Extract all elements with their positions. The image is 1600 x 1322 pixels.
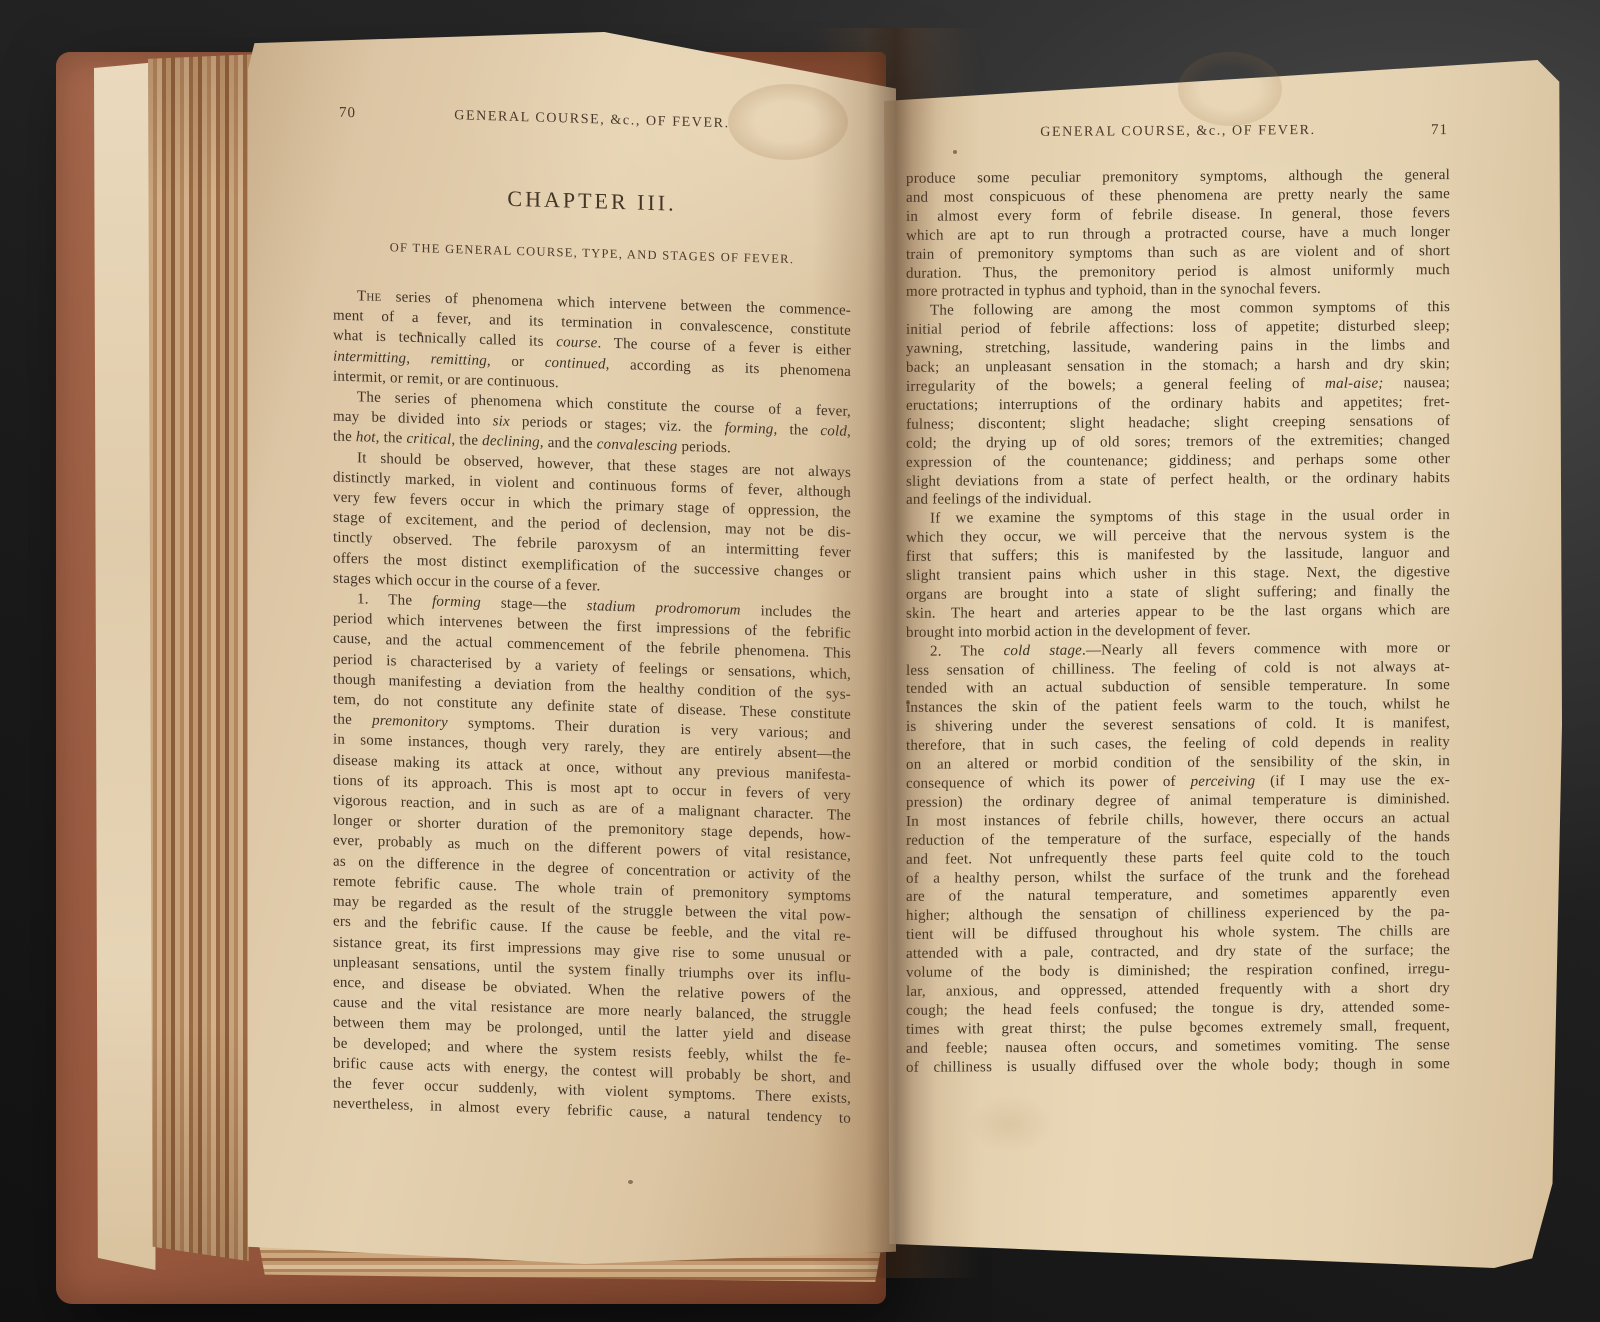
- paragraph: The following are among the most common …: [906, 298, 1450, 510]
- paragraph: The series of phenomena which intervene …: [333, 286, 851, 402]
- left-page: 70 GENERAL COURSE, &c., OF FEVER. CHAPTE…: [248, 32, 896, 1264]
- right-page-body: produce some peculiar premonitory sympto…: [906, 166, 1450, 1077]
- left-page-content: 70 GENERAL COURSE, &c., OF FEVER. CHAPTE…: [248, 32, 896, 1131]
- photo-backdrop: 70 GENERAL COURSE, &c., OF FEVER. CHAPTE…: [0, 0, 1600, 1322]
- text-line: of chilliness is usually diffused over t…: [906, 1055, 1450, 1078]
- right-page-content: GENERAL COURSE, &c., OF FEVER. 71 produc…: [884, 55, 1562, 1077]
- left-page-header: 70 GENERAL COURSE, &c., OF FEVER.: [333, 105, 851, 142]
- paragraph: 2. The cold stage.—Nearly all fevers com…: [906, 639, 1450, 1078]
- right-running-title: GENERAL COURSE, &c., OF FEVER.: [1040, 123, 1315, 140]
- paragraph: It should be observed, however, that the…: [333, 447, 851, 604]
- paragraph: If we examine the symptoms of this stage…: [906, 506, 1450, 642]
- paragraph: 1. The forming stage—the stadium prodrom…: [333, 589, 851, 1130]
- right-page-header: GENERAL COURSE, &c., OF FEVER. 71: [906, 122, 1450, 148]
- endpaper-edge: [94, 62, 158, 1270]
- left-page-body: The series of phenomena which intervene …: [333, 286, 851, 1130]
- text-line: skin. The heart and arteries appear to b…: [906, 601, 1450, 624]
- right-page: GENERAL COURSE, &c., OF FEVER. 71 produc…: [884, 60, 1562, 1268]
- section-title: OF THE GENERAL COURSE, TYPE, AND STAGES …: [333, 239, 851, 269]
- left-page-number: 70: [339, 105, 356, 123]
- right-page-number: 71: [1431, 122, 1448, 139]
- page-edges-stack: [148, 54, 260, 1266]
- chapter-title: CHAPTER III.: [333, 181, 851, 222]
- left-running-title: GENERAL COURSE, &c., OF FEVER.: [454, 108, 729, 131]
- paragraph: produce some peculiar premonitory sympto…: [906, 166, 1450, 302]
